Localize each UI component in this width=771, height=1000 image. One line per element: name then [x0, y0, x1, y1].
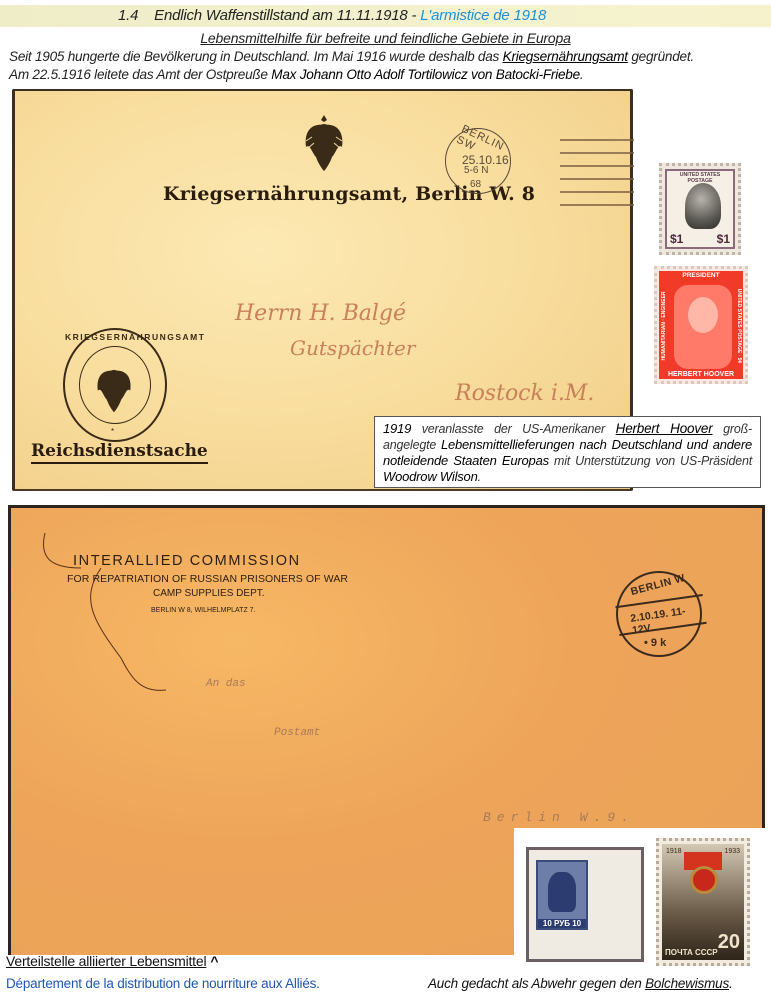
- commission-heading: INTERALLIED COMMISSION: [73, 553, 301, 569]
- bolchewismus-link: Bolchewismus: [645, 976, 729, 991]
- intro-line-1: Seit 1905 hungerte die Bevölkerung in De…: [9, 48, 769, 66]
- soviet-stamps-panel: 10 РУБ 10 19181933 ПОЧТА СССР 20: [514, 828, 771, 970]
- herbert-hoover-link: Herbert Hoover: [616, 421, 713, 436]
- kriegsernaehrungsamt-link: Kriegsernährungsamt: [503, 49, 628, 64]
- page-title: 1.4 Endlich Waffenstillstand am 11.11.19…: [118, 7, 546, 24]
- stamp-ussr-red-banner-20: 19181933 ПОЧТА СССР 20: [656, 838, 750, 966]
- intro-line-2: Am 22.5.1916 leitete das Amt der Ostpreu…: [9, 66, 769, 84]
- intro-text: Seit 1905 hungerte die Bevölkerung in De…: [9, 48, 769, 84]
- address-berlin-w9: Berlin W.9.: [483, 810, 635, 825]
- address-line-3: Rostock i.M.: [455, 381, 594, 406]
- postmark-berlin-sw: BERLIN SW 25.10.16 5-6 N 68: [445, 128, 511, 194]
- machine-cancel-lines: [560, 139, 634, 217]
- reichsdienstsache-marking: Reichsdienstsache: [31, 441, 208, 464]
- hoover-info-box: 1919 veranlasste der US-Amerikaner Herbe…: [374, 416, 761, 488]
- commission-subheading: FOR REPATRIATION OF RUSSIAN PRISONERS OF…: [67, 573, 348, 585]
- imperial-eagle-icon: [302, 113, 346, 180]
- address-postamt: Postamt: [274, 727, 320, 739]
- title-fr: L'armistice de 1918: [420, 7, 546, 24]
- wilson-portrait: [685, 183, 721, 229]
- address-line-1: Herrn H. Balgé: [235, 301, 406, 326]
- worker-portrait: [548, 872, 576, 912]
- caption-de: Verteilstelle alliierter Lebensmittel^: [6, 953, 218, 969]
- order-medal-icon: [690, 866, 718, 894]
- postmark-berlin-w: BERLIN W 2.10.19. 11-12V • 9 k: [616, 571, 702, 657]
- stamp-wilson-1-dollar: UNITED STATES POSTAGE $1$1: [659, 163, 741, 255]
- subtitle: Lebensmittelhilfe für befreite und feind…: [0, 30, 771, 46]
- title-separator: -: [412, 7, 417, 24]
- address-an-das: An das: [206, 678, 246, 690]
- stamp-herbert-hoover: PRESIDENT HUMANITARIAN · ENGINEER UNITED…: [654, 266, 748, 384]
- caption-fr: Département de la distribution de nourri…: [6, 976, 320, 991]
- commission-department: CAMP SUPPLIES DEPT.: [153, 588, 265, 599]
- commission-address: BERLIN W 8, WILHELMPLATZ 7.: [151, 607, 256, 614]
- hoover-portrait: [674, 285, 732, 369]
- caret-up-icon: ^: [210, 953, 218, 969]
- seal-star-icon: *: [111, 427, 114, 436]
- seal-eagle-icon: [91, 360, 137, 422]
- title-de: Endlich Waffenstillstand am 11.11.1918: [154, 7, 407, 24]
- caption-bolshevism: Auch gedacht als Abwehr gegen den Bolche…: [428, 976, 733, 991]
- stamp-rsfsr-10-rub: 10 РУБ 10: [526, 847, 644, 962]
- official-seal: KRIEGSERNÄHRUNGSAMT *: [63, 328, 167, 442]
- section-number: 1.4: [118, 7, 138, 24]
- address-line-2: Gutspächter: [290, 336, 415, 360]
- batocki-name: Max Johann Otto Adolf Tortilowicz von Ba…: [271, 67, 580, 82]
